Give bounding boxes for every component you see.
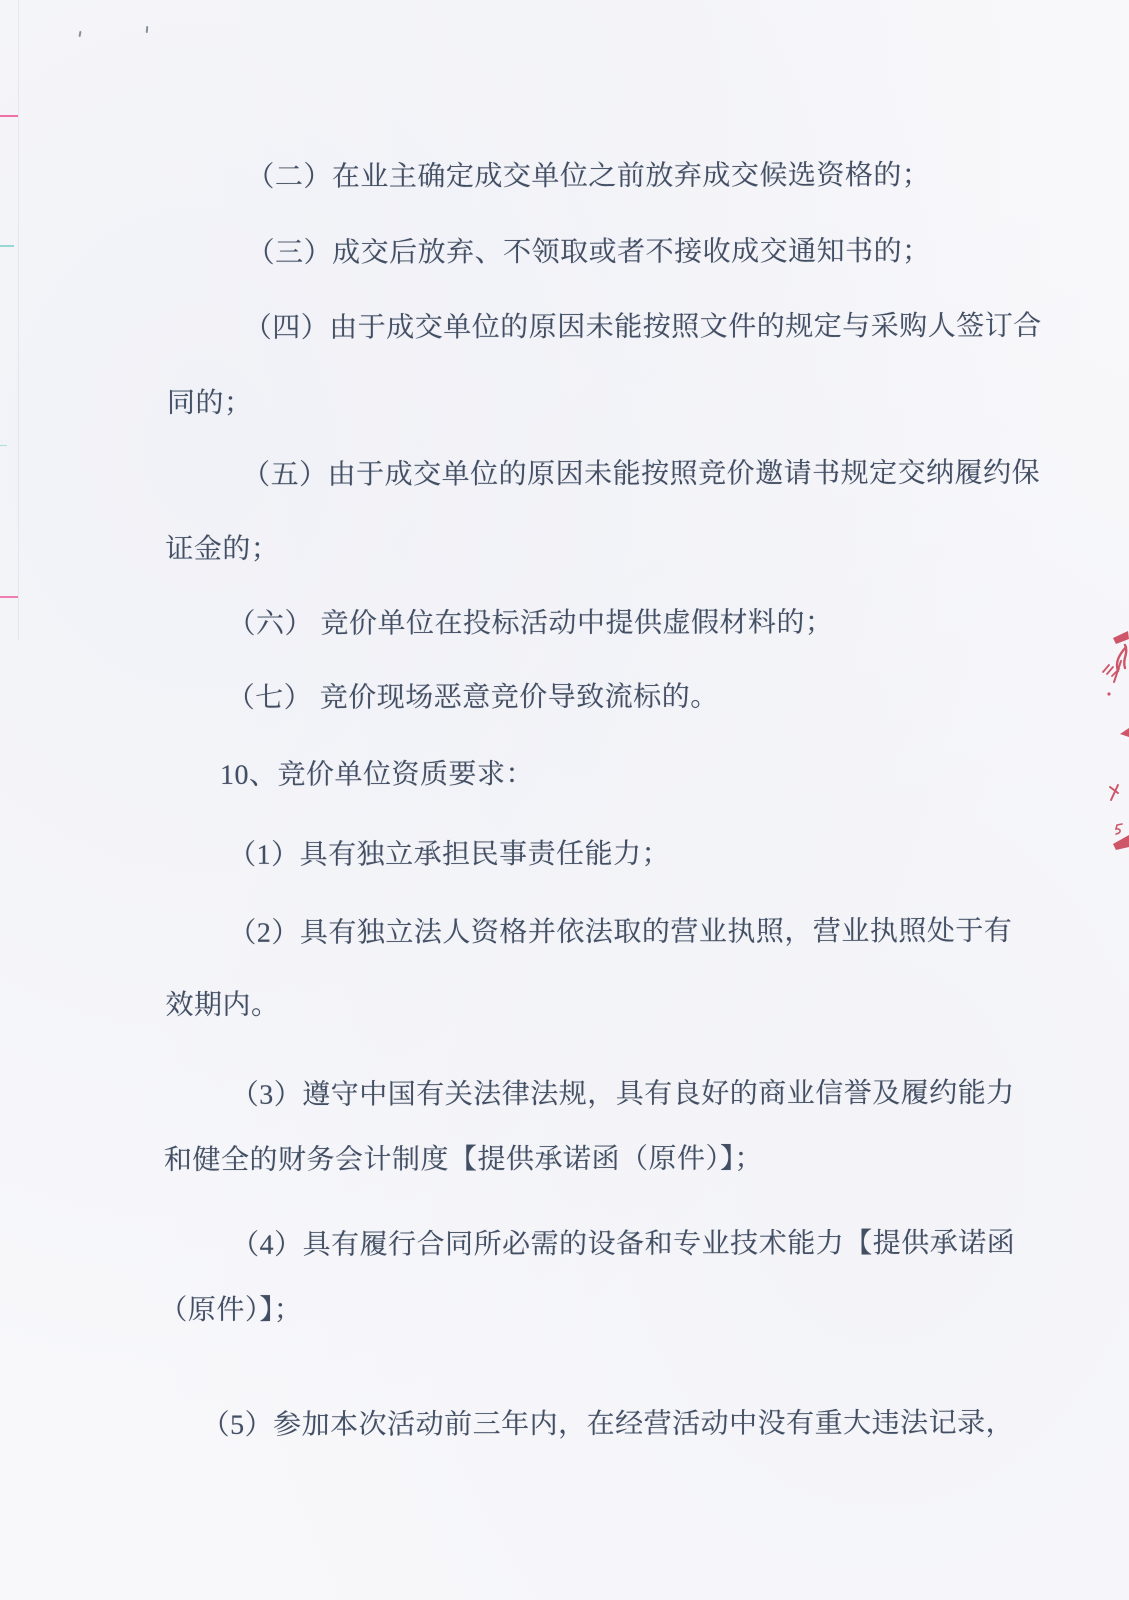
scan-artifact-teal-line	[0, 445, 7, 446]
scan-artifact-edge-line	[18, 0, 19, 640]
text-line: 同的；	[167, 387, 253, 421]
scan-artifact-teal-line	[0, 245, 14, 247]
text-line: 效期内。	[165, 989, 279, 1023]
red-ink-marks	[1085, 615, 1129, 865]
scan-artifact-pink-line	[0, 115, 18, 117]
text-line: 证金的；	[165, 533, 279, 567]
text-line: （六） 竞价单位在投标活动中提供虚假材料的；	[227, 606, 833, 642]
text-line: （4）具有履行合同所必需的设备和专业技术能力【提供承诺函	[231, 1227, 1015, 1263]
text-line: （三）成交后放弃、不领取或者不接收成交通知书的；	[247, 235, 931, 271]
text-line: 和健全的财务会计制度【提供承诺函（原件）】；	[164, 1142, 763, 1178]
document-page: （二）在业主确定成交单位之前放弃成交候选资格的；（三）成交后放弃、不领取或者不接…	[0, 0, 1129, 1600]
scan-artifact-pink-line	[0, 596, 18, 598]
text-line: （七） 竞价现场恶意竞价导致流标的。	[227, 681, 719, 716]
text-line: （5）参加本次活动前三年内，在经营活动中没有重大违法记录，	[202, 1407, 1015, 1443]
text-line: （四）由于成交单位的原因未能按照文件的规定与采购人签订合	[244, 310, 1042, 346]
text-line: （五）由于成交单位的原因未能按照竞价邀请书规定交纳履约保	[242, 457, 1040, 493]
text-line: （2）具有独立法人资格并依法取的营业执照，营业执照处于有	[228, 915, 1012, 951]
text-line: （原件）】；	[159, 1294, 302, 1328]
text-line: （3）遵守中国有关法律法规，具有良好的商业信誉及履约能力	[231, 1077, 1015, 1113]
text-line: （1）具有独立承担民事责任能力；	[228, 838, 670, 873]
text-line: 10、竞价单位资质要求：	[220, 758, 534, 793]
text-layer: （二）在业主确定成交单位之前放弃成交候选资格的；（三）成交后放弃、不领取或者不接…	[0, 0, 1129, 1600]
text-line: （二）在业主确定成交单位之前放弃成交候选资格的；	[246, 159, 930, 195]
